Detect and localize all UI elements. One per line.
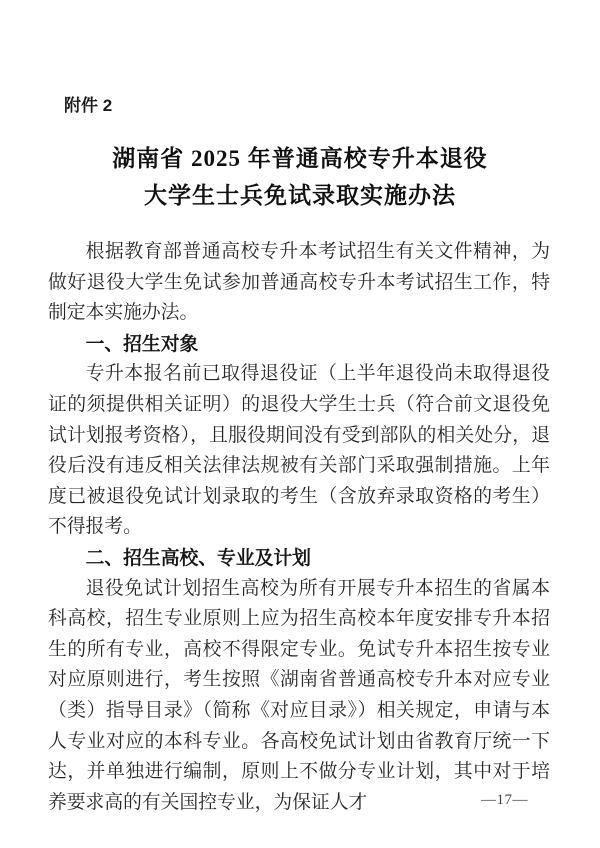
attachment-label: 附件 2	[64, 91, 112, 116]
page-number: —17—	[481, 792, 528, 809]
section-1-heading: 一、招生对象	[48, 329, 550, 360]
document-title: 湖南省 2025 年普通高校专升本退役 大学生士兵免试录取实施办法	[0, 140, 600, 214]
document-page: 附件 2 湖南省 2025 年普通高校专升本退役 大学生士兵免试录取实施办法 根…	[0, 0, 600, 848]
title-line-2: 大学生士兵免试录取实施办法	[0, 177, 600, 214]
title-line-1: 湖南省 2025 年普通高校专升本退役	[0, 140, 600, 177]
section-2-heading: 二、招生高校、专业及计划	[48, 543, 550, 574]
section-1-paragraph: 专升本报名前已取得退役证（上半年退役尚未取得退役证的须提供相关证明）的退役大学生…	[48, 359, 550, 543]
section-2-paragraph: 退役免试计划招生高校为所有开展专升本招生的省属本科高校，招生专业原则上应为招生高…	[48, 574, 550, 819]
document-body: 根据教育部普通高校专升本考试招生有关文件精神，为做好退役大学生免试参加普通高校专…	[48, 237, 550, 818]
intro-paragraph: 根据教育部普通高校专升本考试招生有关文件精神，为做好退役大学生免试参加普通高校专…	[48, 237, 550, 329]
